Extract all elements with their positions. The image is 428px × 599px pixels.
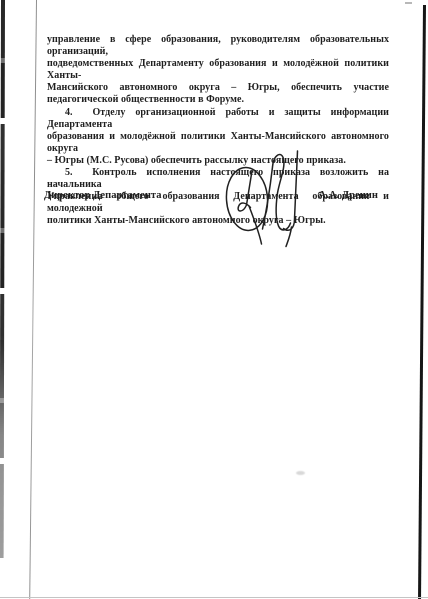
scan-edge-left-artifact <box>0 0 5 558</box>
scan-edge-right-artifact <box>418 5 426 599</box>
scan-speck <box>405 2 412 4</box>
text-line: подведомственных Департаменту образовани… <box>47 58 389 82</box>
signature-block: Директор Департамента А.А. Дренин <box>44 190 378 201</box>
signer-title: Директор Департамента <box>44 190 162 201</box>
text-line-item-4: 4. Отделу организационной работы и защит… <box>47 107 389 131</box>
scan-speck <box>296 471 305 475</box>
scanned-document-page: управление в сфере образования, руководи… <box>0 0 428 599</box>
text-line: педагогической общественности в Форуме. <box>47 94 389 106</box>
scan-edge-bottom-artifact <box>0 597 428 598</box>
page-edge-line-left <box>29 0 37 599</box>
signer-name: А.А. Дренин <box>319 190 378 201</box>
text-line: управление в сфере образования, руководи… <box>47 34 389 58</box>
text-line: Мансийского автономного округа – Югры, о… <box>47 82 389 94</box>
